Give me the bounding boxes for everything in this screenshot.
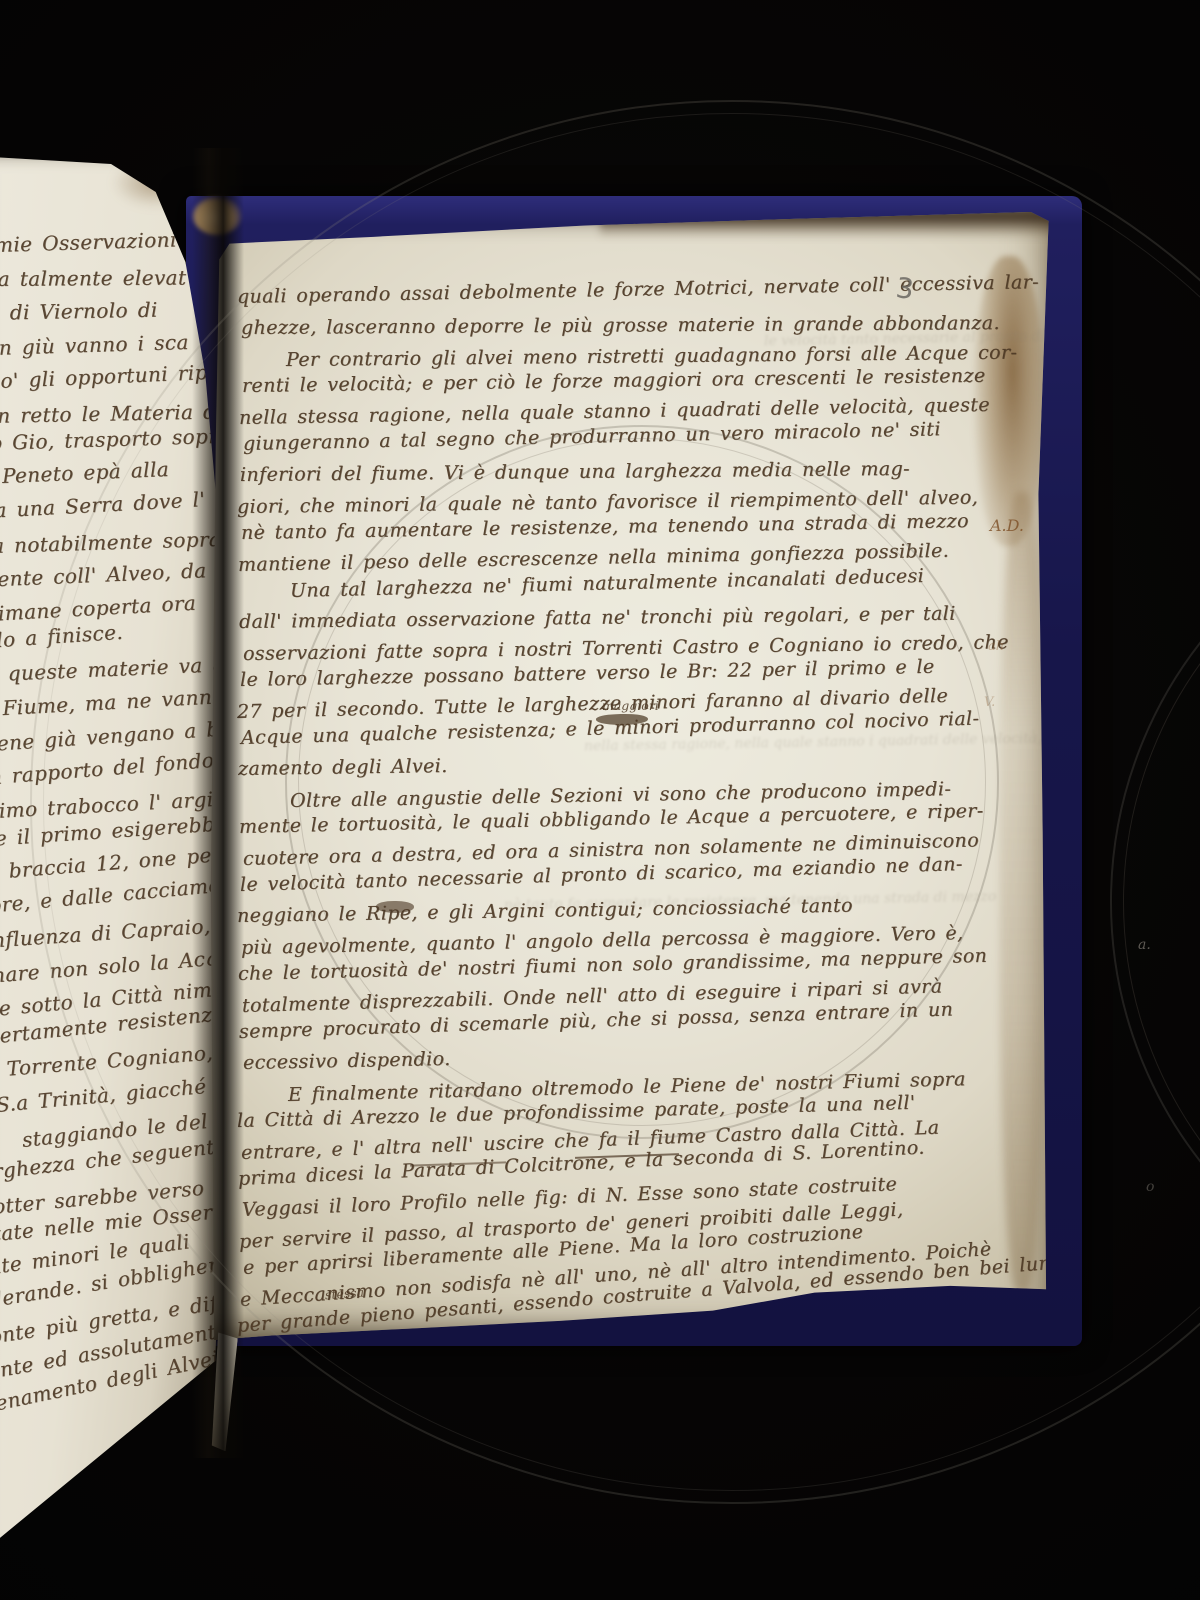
manuscript-line: ghezze, lasceranno deporre le più grosse… <box>241 314 1000 338</box>
interline-correction: stessa <box>325 1287 365 1302</box>
left-page-line: gi di Viernolo di <box>0 300 158 323</box>
interline-correction: maggiori <box>602 700 659 713</box>
manuscript-photo: mie Osservazioni Ma piva talmente elevat… <box>0 0 1200 1600</box>
page-number: 3 <box>894 271 916 306</box>
left-page-line: mente coll' Alveo, da i <box>0 559 223 589</box>
left-page-line: confluenza di Capraio, c <box>0 914 232 952</box>
left-page-line: un retto le Materia di <box>0 401 223 426</box>
manuscript-line: dall' immediata osservazione fatta ne' t… <box>239 605 956 632</box>
left-page-line: in rapporto del fondo <box>0 750 215 788</box>
manuscript-line: inferiori del fiume. Vi è dunque una lar… <box>240 460 910 485</box>
manuscript-line: eccessivo dispendio. <box>243 1050 451 1073</box>
manuscript-line: nè tanto fa aumentare le resistenze, ma … <box>241 512 969 543</box>
left-page-line: llo queste materie va a <box>0 654 225 685</box>
watermark-letter: a. <box>1138 938 1151 952</box>
left-page-line: i Fiume, ma ne vann <box>0 687 213 719</box>
margin-mark: V. <box>984 696 995 709</box>
left-page-line: va talmente elevat <box>0 268 186 289</box>
left-page-line: a Peneto epà alla <box>0 459 169 487</box>
binding-curl <box>193 197 241 235</box>
stain <box>1000 492 1044 1292</box>
manuscript-line: zamento degli Alvei. <box>238 757 448 779</box>
left-page-line: ndo' gli opportuni ripar <box>0 361 230 392</box>
left-page-line: ta una Serra dove l' a <box>0 488 228 521</box>
manuscript-line: neggiano le Ripe, e gli Argini contigui;… <box>237 897 853 926</box>
left-page-line: a notabilmente sopra <box>0 528 221 555</box>
watermark-letter: o <box>1146 1180 1154 1194</box>
margin-mark: ah <box>988 640 1004 653</box>
manuscript-line: renti le velocità; e per ciò le forze ma… <box>242 367 986 396</box>
manuscript-line: quali operando assai debolmente le forze… <box>237 273 1039 307</box>
left-page-line: o Gio, trasporto sopra <box>0 426 231 453</box>
watermark-ring <box>1110 480 1200 1324</box>
margin-mark: A.D. <box>990 518 1024 534</box>
left-page-line: rimane coperta ora <box>0 593 197 624</box>
right-page: nella stessa ragione, nella quale stanno… <box>204 212 1052 1340</box>
left-page-line: elo a finisce. <box>0 622 124 651</box>
left-page-line: in giù vanno i sca <box>0 332 189 358</box>
